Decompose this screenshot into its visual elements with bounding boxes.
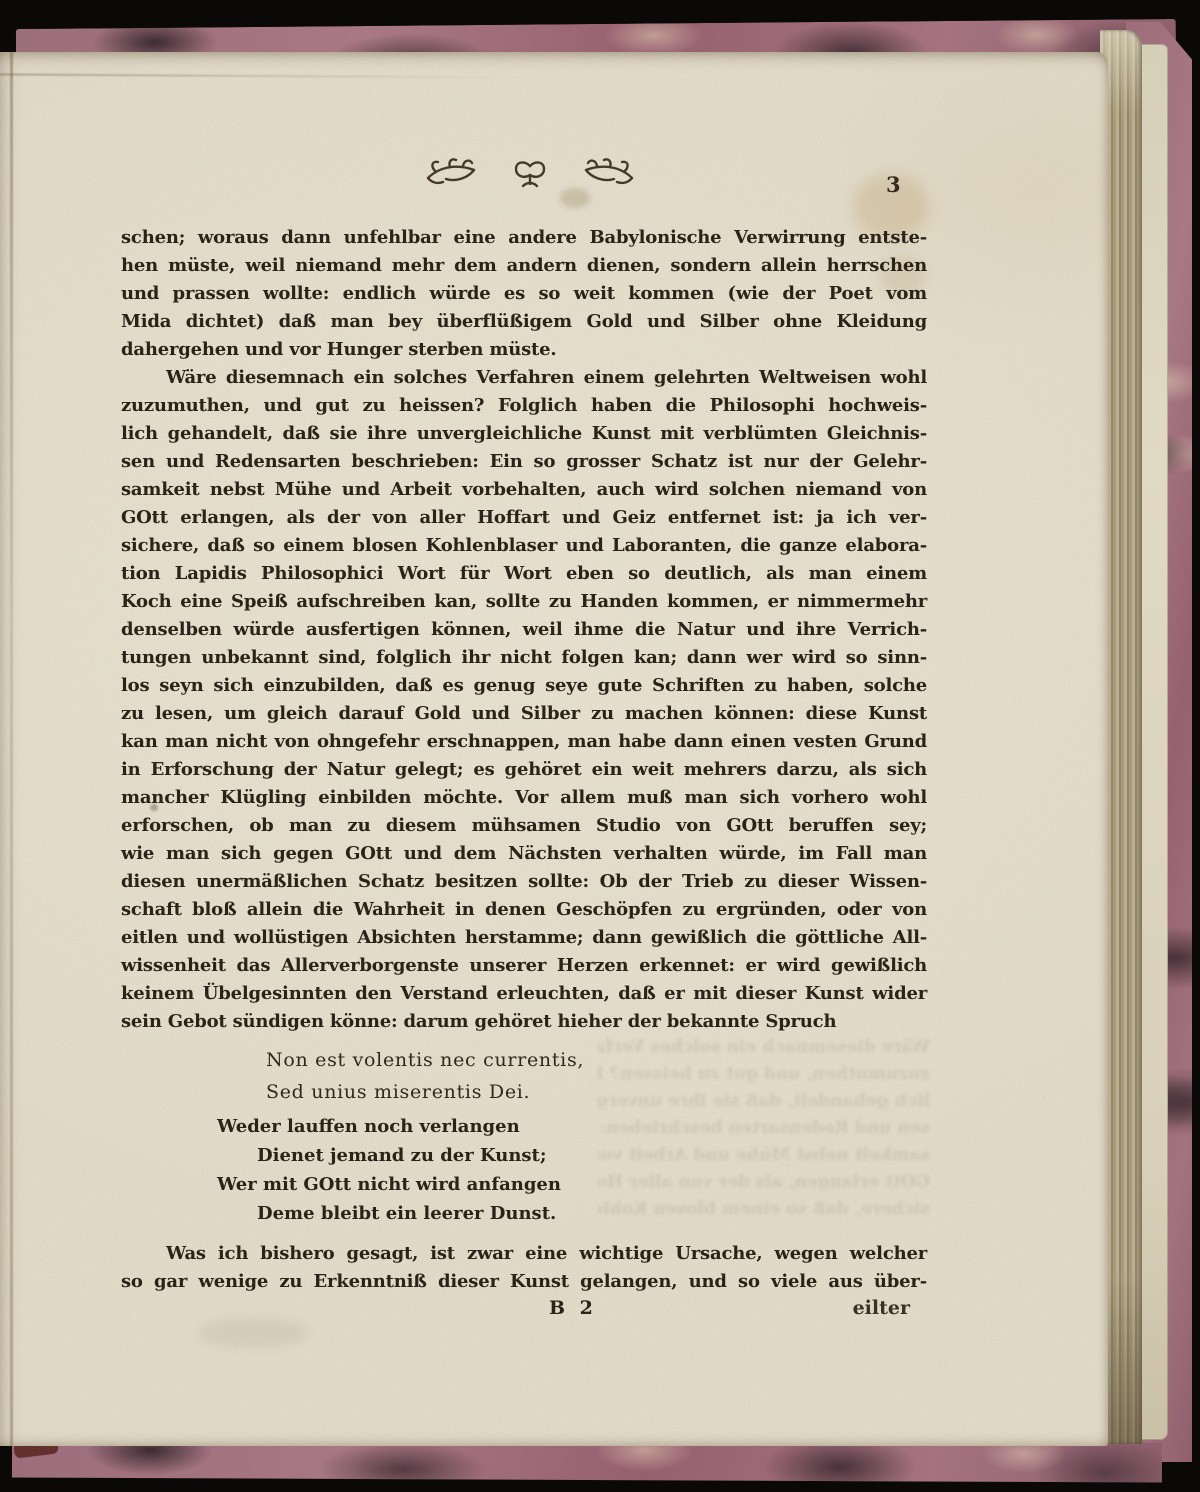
text-line: eitlen und wollüstigen Absichten herstam… bbox=[121, 924, 927, 952]
latin-verse: Non est volentis nec currentis,Sed unius… bbox=[266, 1044, 927, 1108]
text-line: diesen unermäßlichen Schatz besitzen sol… bbox=[121, 868, 927, 896]
text-line: zuzumuthen, und gut zu heissen? Folglich… bbox=[121, 392, 927, 420]
text-line: schaft bloß allein die Wahrheit in denen… bbox=[121, 896, 927, 924]
text-line: mancher Klügling einbilden möchte. Vor a… bbox=[121, 784, 927, 812]
text-line: so gar wenige zu Erkenntniß dieser Kunst… bbox=[121, 1268, 927, 1296]
text-line: Sed unius miserentis Dei. bbox=[266, 1076, 927, 1108]
text-line: zu lesen, um gleich darauf Gold und Silb… bbox=[121, 700, 927, 728]
text-line: GOtt erlangen, als der von aller Hoffart… bbox=[121, 504, 927, 532]
german-verse: Weder lauffen noch verlangenDienet jeman… bbox=[121, 1112, 927, 1228]
text-line: denselben würde ausfertigen können, weil… bbox=[121, 616, 927, 644]
text-line: dahergehen und vor Hunger sterben müste. bbox=[121, 336, 927, 364]
text-line: Wäre diesemnach ein solches Verfahren ei… bbox=[121, 364, 927, 392]
text-line: kan man nicht von ohngefehr erschnappen,… bbox=[121, 728, 927, 756]
text-line: Weder lauffen noch verlangen bbox=[217, 1112, 927, 1141]
text-line: Wer mit GOtt nicht wird anfangen bbox=[217, 1170, 927, 1199]
text-line: wissenheit das Allerverborgenste unserer… bbox=[121, 952, 927, 980]
footer-line: B 2 eilter bbox=[121, 1297, 927, 1327]
text-block: schen; woraus dann unfehlbar eine andere… bbox=[121, 224, 927, 1327]
text-line: keinem Übelgesinnten den Verstand erleuc… bbox=[121, 980, 927, 1008]
text-line: und prassen wollte: endlich würde es so … bbox=[121, 280, 927, 308]
text-line: Mida dichtet) daß man bey überflüßigem G… bbox=[121, 308, 927, 336]
signature-mark: B 2 bbox=[549, 1297, 597, 1319]
text-line: Non est volentis nec currentis, bbox=[266, 1044, 927, 1076]
flyleaf-edge bbox=[1138, 44, 1168, 1440]
text-line: schen; woraus dann unfehlbar eine andere… bbox=[121, 224, 927, 252]
text-line: lich gehandelt, daß sie ihre unvergleich… bbox=[121, 420, 927, 448]
page-gutter-crease bbox=[10, 52, 13, 1446]
text-line: Koch eine Speiß aufschreiben kan, sollte… bbox=[121, 588, 927, 616]
floral-sprig-ornament-icon bbox=[420, 156, 640, 196]
text-line: samkeit nebst Mühe und Arbeit vorbehalte… bbox=[121, 476, 927, 504]
text-line: in Erforschung der Natur gelegt; es gehö… bbox=[121, 756, 927, 784]
text-line: Deme bleibt ein leerer Dunst. bbox=[257, 1199, 927, 1228]
text-line: Was ich bishero gesagt, ist zwar eine wi… bbox=[121, 1240, 927, 1268]
paragraph-closing: Was ich bishero gesagt, ist zwar eine wi… bbox=[121, 1240, 927, 1296]
text-line: sein Gebot sündigen könne: darum gehöret… bbox=[121, 1008, 927, 1036]
paragraph-continuation: schen; woraus dann unfehlbar eine andere… bbox=[121, 224, 927, 364]
text-line: sichere, daß so einem blosen Kohlenblase… bbox=[121, 532, 927, 560]
catchword: eilter bbox=[853, 1297, 910, 1319]
page-top-crease bbox=[0, 73, 520, 78]
text-line: los seyn sich einzubilden, daß es genug … bbox=[121, 672, 927, 700]
text-line: tungen unbekannt sind, folglich ihr nich… bbox=[121, 644, 927, 672]
book-page: 3 Wäre diesemnach ein solches Verfahren … bbox=[0, 52, 1108, 1446]
text-line: erforschen, ob man zu diesem mühsamen St… bbox=[121, 812, 927, 840]
text-line: tion Lapidis Philosophici Wort für Wort … bbox=[121, 560, 927, 588]
text-line: Dienet jemand zu der Kunst; bbox=[257, 1141, 927, 1170]
photo-background: 3 Wäre diesemnach ein solches Verfahren … bbox=[0, 0, 1200, 1492]
paragraph-main: Wäre diesemnach ein solches Verfahren ei… bbox=[121, 364, 927, 1036]
text-line: hen müste, weil niemand mehr dem andern … bbox=[121, 252, 927, 280]
text-line: sen und Redensarten beschrieben: Ein so … bbox=[121, 448, 927, 476]
text-line: wie man sich gegen GOtt und dem Nächsten… bbox=[121, 840, 927, 868]
page-number: 3 bbox=[886, 172, 902, 197]
